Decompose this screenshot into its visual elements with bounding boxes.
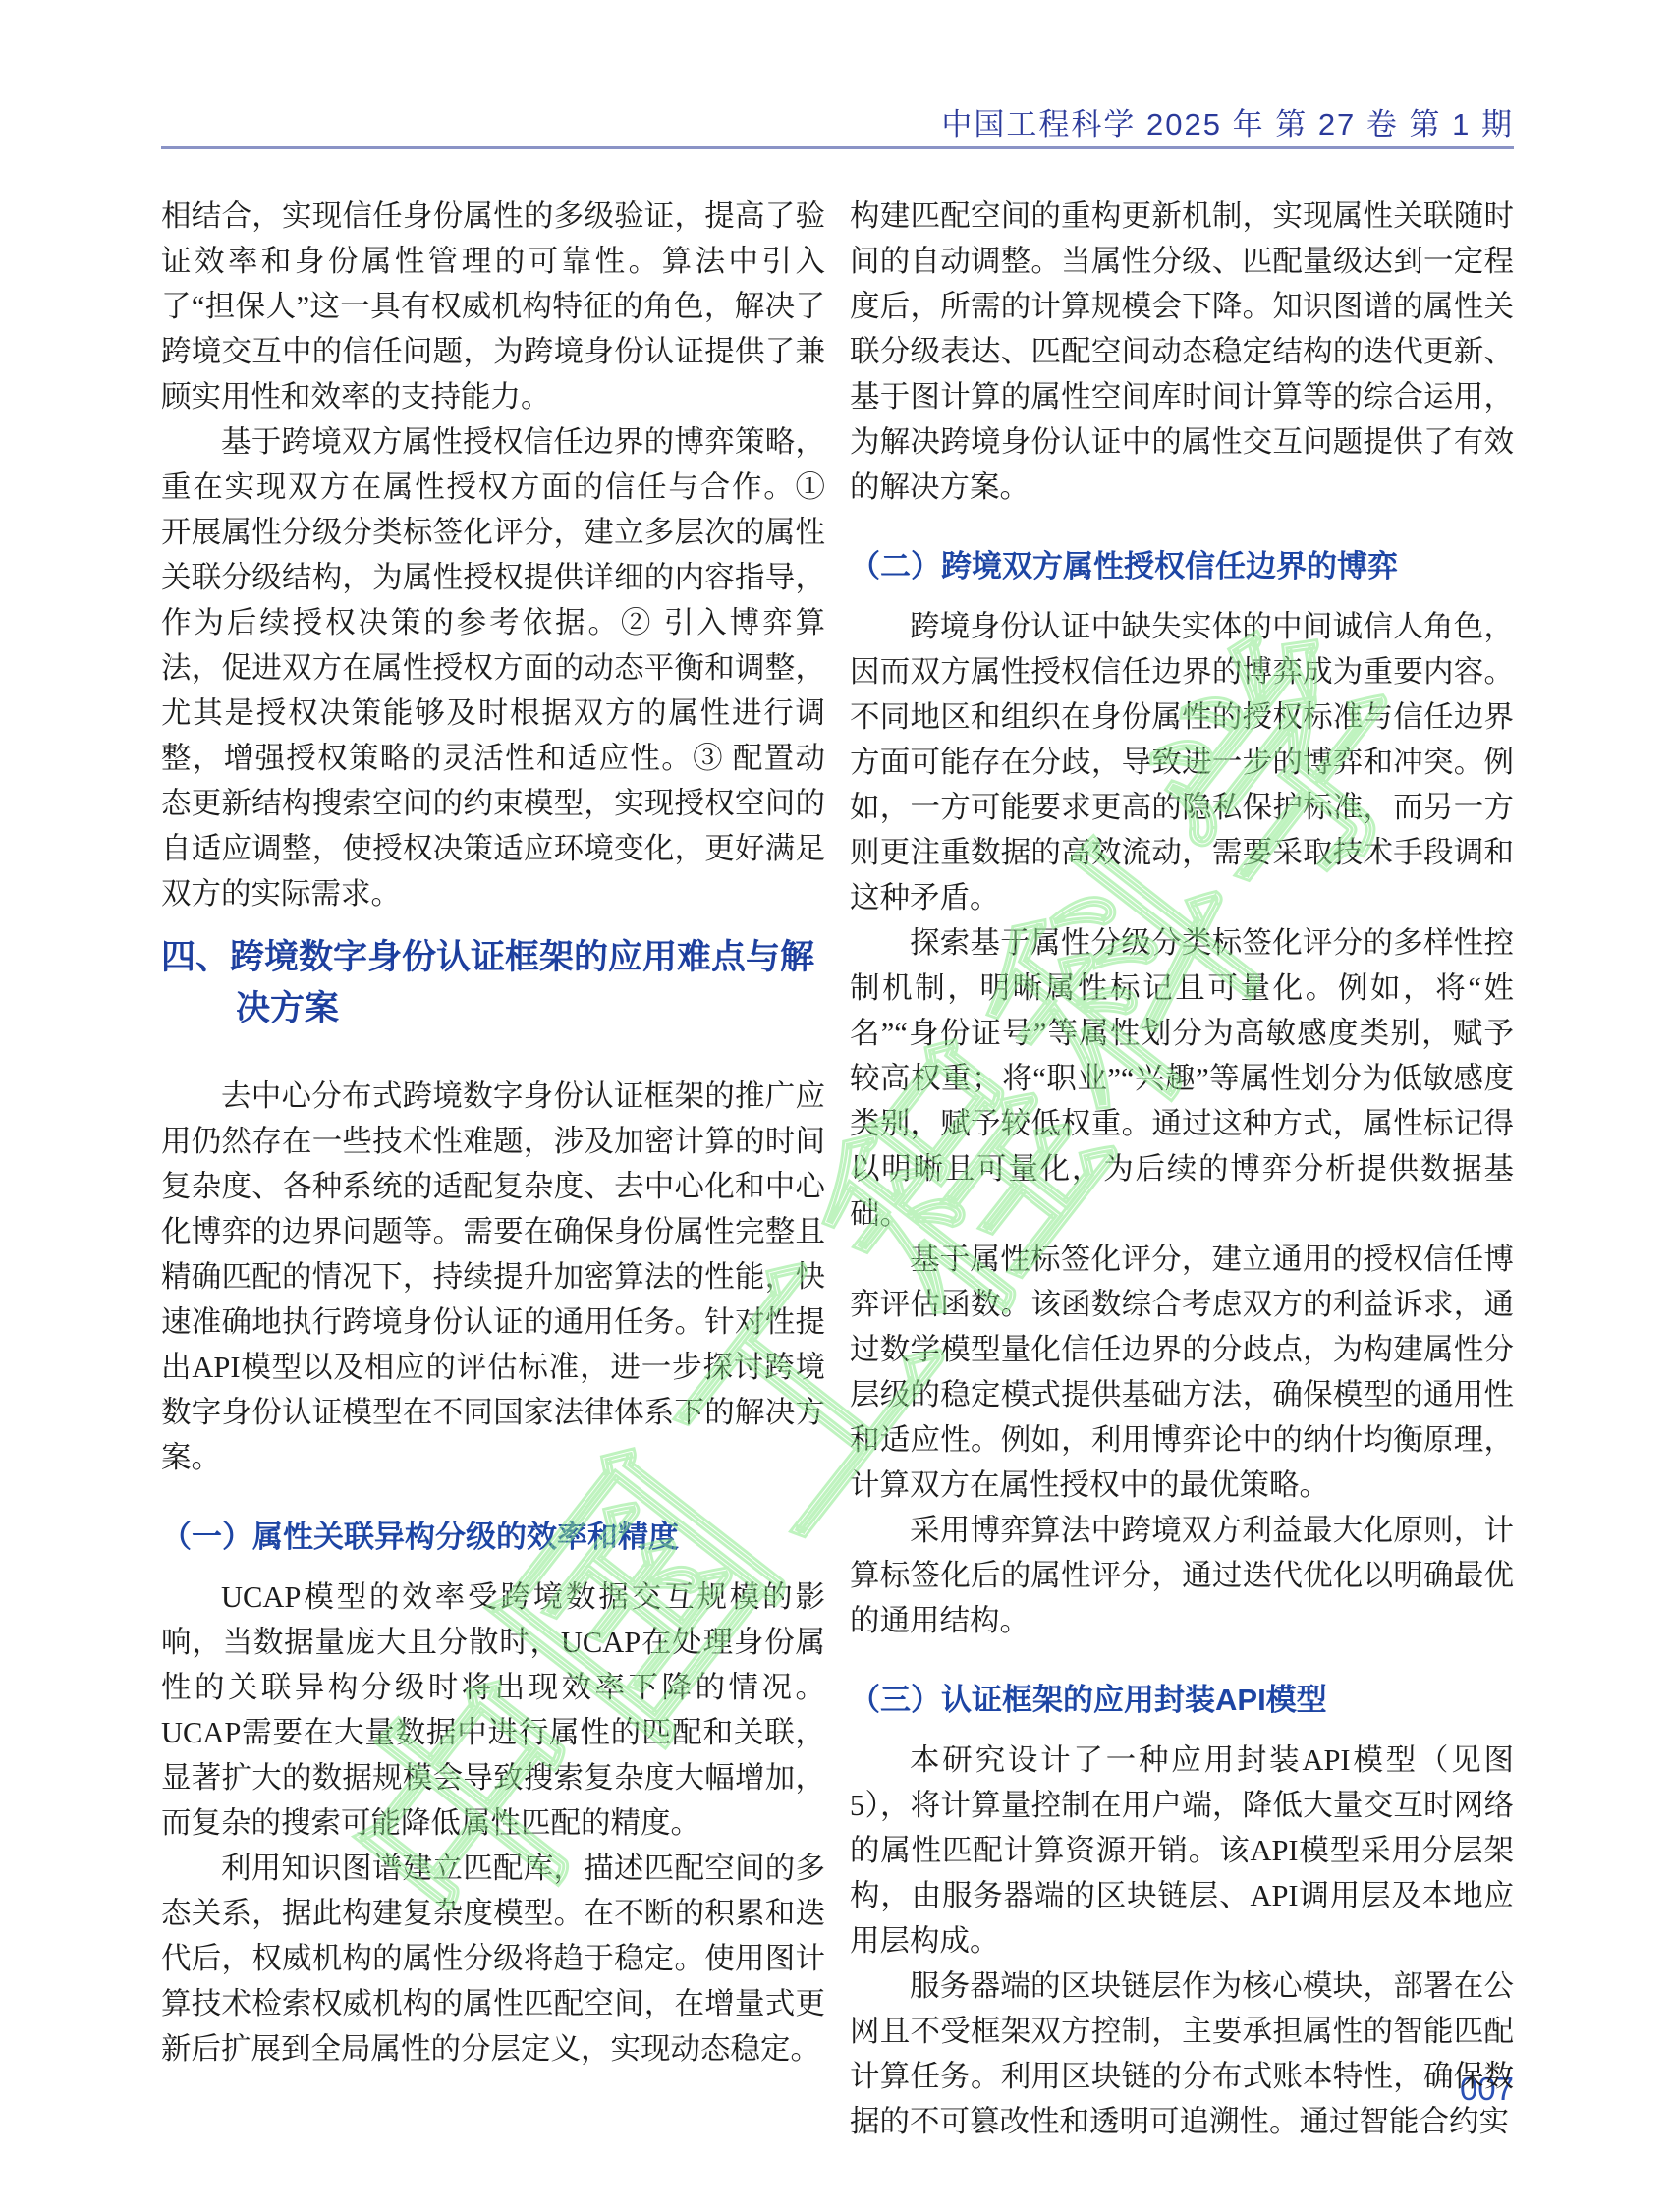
left-column: 相结合，实现信任身份属性的多级验证，提高了验证效率和身份属性管理的可靠性。算法中… [161,194,825,2144]
paragraph-knowledge-graph: 利用知识图谱建立匹配库，描述匹配空间的多态关系，据此构建复杂度模型。在不断的积累… [161,1846,825,2072]
page-body: 相结合，实现信任身份属性的多级验证，提高了验证效率和身份属性管理的可靠性。算法中… [161,194,1514,2144]
paragraph-ucap-efficiency: UCAP模型的效率受跨境数据交互规模的影响，当数据量庞大且分散时，UCAP在处理… [161,1575,825,1846]
section-heading-4: 四、跨境数字身份认证框架的应用难点与解决方案 [161,932,825,1034]
paragraph-section4-intro: 去中心分布式跨境数字身份认证框架的推广应用仍然存在一些技术性难题，涉及加密计算的… [161,1074,825,1480]
header-divider [161,146,1514,149]
page-header: 中国工程科学 2025 年 第 27 卷 第 1 期 [161,99,1514,143]
subsection-heading-2: （二）跨境双方属性授权信任边界的博弈 [850,545,1514,588]
journal-page: 中国工程科学 2025 年 第 27 卷 第 1 期 中国工程科学 相结合，实现… [0,0,1671,2212]
paragraph-blockchain-layer: 服务器端的区块链层作为核心模块，部署在公网且不受框架双方控制，主要承担属性的智能… [850,1963,1514,2144]
right-column: 构建匹配空间的重构更新机制，实现属性关联随时间的自动调整。当属性分级、匹配量级达… [850,194,1514,2144]
paragraph-label-scoring: 探索基于属性分级分类标签化评分的多样性控制机制，明晰属性标记且可量化。例如，将“… [850,920,1514,1237]
paragraph-api-model: 本研究设计了一种应用封装API模型（见图5），将计算量控制在用户端，降低大量交互… [850,1738,1514,1963]
paragraph-game-function: 基于属性标签化评分，建立通用的授权信任博弈评估函数。该函数综合考虑双方的利益诉求… [850,1237,1514,1508]
journal-issue-info: 中国工程科学 2025 年 第 27 卷 第 1 期 [941,107,1514,141]
subsection-heading-3: （三）认证框架的应用封装API模型 [850,1679,1514,1722]
paragraph-game-strategy: 基于跨境双方属性授权信任边界的博弈策略，重在实现双方在属性授权方面的信任与合作。… [161,419,825,916]
paragraph-intro-continuation: 相结合，实现信任身份属性的多级验证，提高了验证效率和身份属性管理的可靠性。算法中… [161,194,825,419]
subsection-heading-1: （一）属性关联异构分级的效率和精度 [161,1516,825,1559]
paragraph-match-space: 构建匹配空间的重构更新机制，实现属性关联随时间的自动调整。当属性分级、匹配量级达… [850,194,1514,510]
paragraph-trust-boundary: 跨境身份认证中缺失实体的中间诚信人角色，因而双方属性授权信任边界的博弈成为重要内… [850,604,1514,920]
paragraph-game-algorithm: 采用博弈算法中跨境双方利益最大化原则，计算标签化后的属性评分，通过迭代优化以明确… [850,1508,1514,1643]
